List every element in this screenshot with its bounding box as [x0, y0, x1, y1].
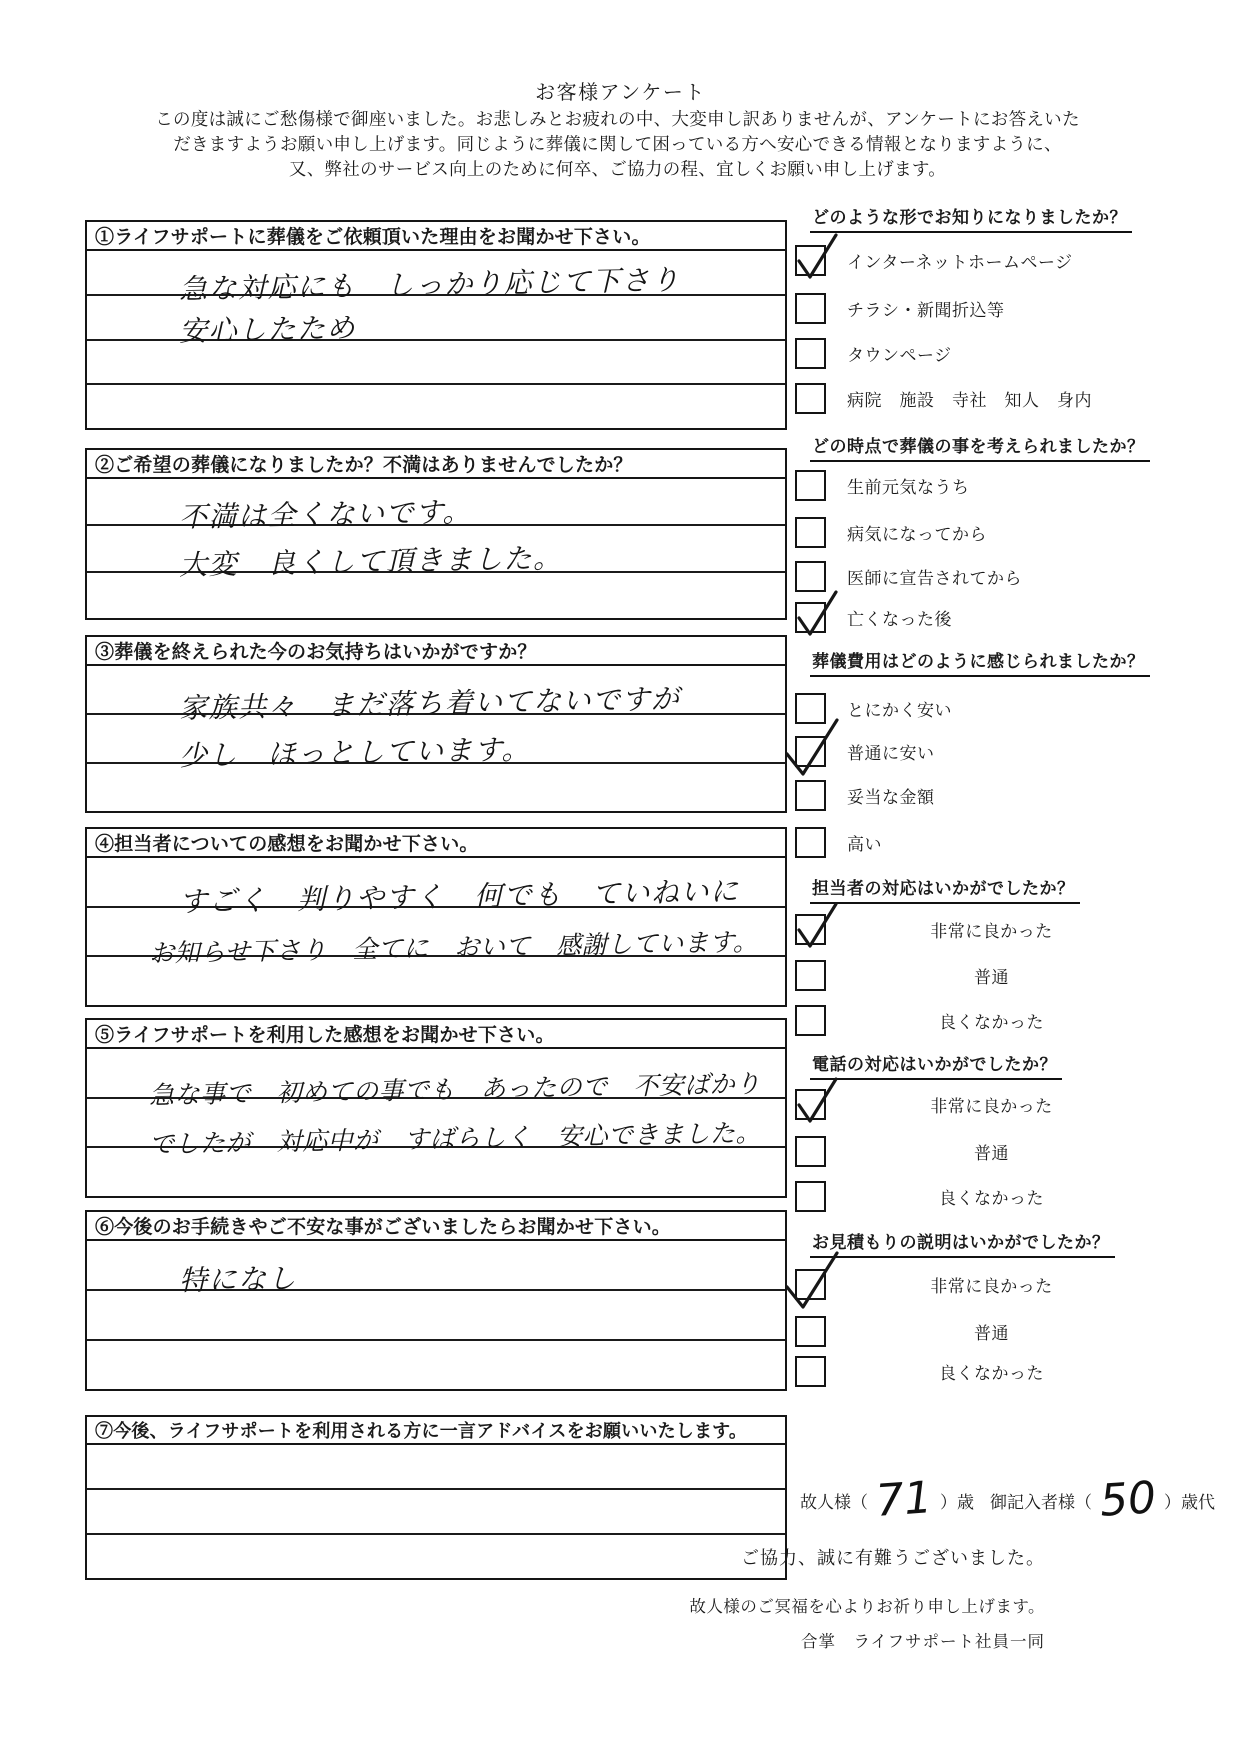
option-label: 生前元気なうち [847, 473, 970, 498]
option-label: 病院 施設 寺社 知人 身内 [847, 386, 1092, 411]
question-box-3: ③葬儀を終えられた今のお気持ちはいかがですか？ 家族共々 まだ落ち着いてないです… [85, 635, 787, 813]
option-label: とにかく安い [847, 696, 952, 721]
intro-line: 又、弊社のサービス向上のために何卒、ご協力の程、宜しくお願い申し上げます。 [0, 157, 1235, 182]
checkmark-icon [783, 712, 841, 778]
intro-line: だきますようお願い申し上げます。同じように葬儀に関して困っている方へ安心できる情… [0, 132, 1235, 157]
option-row: 病気になってから [795, 517, 1157, 548]
question-1-label: ①ライフサポートに葬儀をご依頼頂いた理由をお聞かせ下さい。 [87, 222, 785, 251]
option-label: 普通に安い [847, 739, 935, 764]
answer-line: 安心したため [87, 296, 785, 341]
answer-line [87, 385, 785, 428]
checkmark-icon [794, 225, 840, 283]
answer-line [87, 1291, 785, 1341]
section-title-cost-impression: 葬儀費用はどのように感じられましたか？ [810, 647, 1150, 677]
answer-line: 家族共々 まだ落ち着いてないですが [87, 666, 785, 715]
checkbox-icon [795, 383, 826, 414]
option-row: 非常に良かった [795, 1089, 1157, 1120]
checkbox-icon [795, 1136, 826, 1167]
checkmark-icon [783, 1245, 841, 1311]
question-box-7: ⑦今後、ライフサポートを利用される方に一言アドバイスをお願いいたします。 [85, 1415, 787, 1580]
option-label: 非常に良かった [826, 917, 1157, 942]
answer-line: 急な事で 初めての事でも あったので 不安ばかり [87, 1049, 785, 1099]
question-7-label: ⑦今後、ライフサポートを利用される方に一言アドバイスをお願いいたします。 [87, 1417, 785, 1445]
answer-line: 急な対応にも しっかり応じて下さり [87, 251, 785, 296]
answer-line [87, 764, 785, 811]
answer-line: 大変 良くして頂きました。 [87, 526, 785, 573]
writer-age-suffix: ）歳代 [1164, 1488, 1215, 1513]
option-label: 良くなかった [826, 1359, 1157, 1384]
checkbox-icon [795, 780, 826, 811]
question-box-2: ②ご希望の葬儀になりましたか？不満はありませんでしたか？ 不満は全くないです。 … [85, 448, 787, 620]
answer-line: お知らせ下さり 全てに おいて 感謝しています。 [87, 908, 785, 958]
checkbox-icon [795, 1316, 826, 1347]
option-label: 普通 [826, 1319, 1157, 1344]
option-row: 普通 [795, 1316, 1157, 1347]
option-row: 普通 [795, 1136, 1157, 1167]
answer-line: 不満は全くないです。 [87, 479, 785, 526]
question-2-label: ②ご希望の葬儀になりましたか？不満はありませんでしたか？ [87, 450, 785, 479]
option-row: 良くなかった [795, 1356, 1157, 1387]
answer-line [87, 341, 785, 386]
company-signoff: 合掌 ライフサポート社員一同 [801, 1628, 1045, 1652]
section-title-when-considered: どの時点で葬儀の事を考えられましたか？ [810, 432, 1150, 462]
option-label: 普通 [826, 963, 1157, 988]
question-box-6: ⑥今後のお手続きやご不安な事がございましたらお聞かせ下さい。 特になし [85, 1210, 787, 1391]
option-label: 病気になってから [847, 520, 987, 545]
option-label: 普通 [826, 1139, 1157, 1164]
option-row: 高い [795, 827, 1157, 858]
option-row: 普通 [795, 960, 1157, 991]
option-row: 亡くなった後 [795, 602, 1157, 633]
option-row: 非常に良かった [795, 1269, 1157, 1300]
age-line: 故人様（ 71 ）歳 御記入者様（ 50 ）歳代 [800, 1478, 1215, 1522]
option-row: 良くなかった [795, 1181, 1157, 1212]
section-title-phone-response: 電話の対応はいかがでしたか？ [810, 1050, 1062, 1080]
option-row: インターネットホームページ [795, 245, 1157, 276]
checkbox-icon [795, 517, 826, 548]
survey-scan-page: お客様アンケート この度は誠にご愁傷様で御座いました。お悲しみとお疲れの中、大変… [0, 0, 1241, 1755]
option-row: 良くなかった [795, 1005, 1157, 1036]
section-title-estimate-explanation: お見積もりの説明はいかがでしたか？ [810, 1228, 1115, 1258]
option-row: 非常に良かった [795, 914, 1157, 945]
option-label: インターネットホームページ [847, 248, 1073, 273]
checkbox-icon [795, 736, 826, 767]
question-6-label: ⑥今後のお手続きやご不安な事がございましたらお聞かせ下さい。 [87, 1212, 785, 1241]
checkbox-icon [795, 960, 826, 991]
option-row: 生前元気なうち [795, 470, 1157, 501]
writer-age-handwritten: 50 [1099, 1476, 1158, 1524]
answer-line [87, 1490, 785, 1535]
question-box-1: ①ライフサポートに葬儀をご依頼頂いた理由をお聞かせ下さい。 急な対応にも しっか… [85, 220, 787, 430]
writer-age-prefix: 御記入者様（ [990, 1488, 1092, 1513]
thanks-message: ご協力、誠に有難うございました。 [741, 1544, 1045, 1570]
deceased-age-prefix: 故人様（ [800, 1488, 868, 1513]
checkbox-icon [795, 1181, 826, 1212]
option-label: 良くなかった [826, 1184, 1157, 1209]
option-row: タウンページ [795, 338, 1157, 369]
section-title-how-found: どのような形でお知りになりましたか？ [810, 203, 1132, 233]
option-row: 普通に安い [795, 736, 1157, 767]
answer-line [87, 1535, 785, 1578]
checkbox-icon [795, 470, 826, 501]
question-box-5: ⑤ライフサポートを利用した感想をお聞かせ下さい。 急な事で 初めての事でも あっ… [85, 1018, 787, 1198]
option-label: 非常に良かった [826, 1272, 1157, 1297]
option-row: とにかく安い [795, 693, 1157, 724]
option-label: チラシ・新聞折込等 [847, 296, 1005, 321]
checkbox-icon [795, 602, 826, 633]
checkbox-icon [795, 914, 826, 945]
answer-line: でしたが 対応中が すばらしく 安心できました。 [87, 1099, 785, 1149]
question-5-label: ⑤ライフサポートを利用した感想をお聞かせ下さい。 [87, 1020, 785, 1049]
answer-line: すごく 判りやすく 何でも ていねいに [87, 858, 785, 908]
answer-line: 特になし [87, 1241, 785, 1291]
intro-line: この度は誠にご愁傷様で御座いました。お悲しみとお疲れの中、大変申し訳ありませんが… [0, 107, 1235, 132]
option-label: 妥当な金額 [847, 783, 935, 808]
condolence-message: 故人様のご冥福を心よりお祈り申し上げます。 [689, 1593, 1045, 1617]
checkbox-icon [795, 245, 826, 276]
option-row: 病院 施設 寺社 知人 身内 [795, 383, 1157, 414]
checkbox-icon [795, 1089, 826, 1120]
checkmark-icon [794, 1069, 840, 1127]
checkbox-icon [795, 338, 826, 369]
answer-line: 少し ほっとしています。 [87, 715, 785, 764]
form-title: お客様アンケート [0, 76, 1241, 105]
checkbox-icon [795, 1269, 826, 1300]
checkbox-icon [795, 1005, 826, 1036]
answer-line [87, 957, 785, 1005]
checkmark-icon [794, 894, 840, 952]
checkbox-icon [795, 827, 826, 858]
option-label: 高い [847, 830, 882, 855]
answer-line [87, 1445, 785, 1490]
question-4-label: ④担当者についての感想をお聞かせ下さい。 [87, 829, 785, 858]
question-3-label: ③葬儀を終えられた今のお気持ちはいかがですか？ [87, 637, 785, 666]
option-label: 医師に宣告されてから [847, 564, 1022, 589]
option-row: 医師に宣告されてから [795, 561, 1157, 592]
intro-paragraph: この度は誠にご愁傷様で御座いました。お悲しみとお疲れの中、大変申し訳ありませんが… [0, 107, 1235, 182]
answer-line [87, 573, 785, 618]
section-title-staff-response: 担当者の対応はいかがでしたか？ [810, 874, 1080, 904]
option-row: 妥当な金額 [795, 780, 1157, 811]
checkbox-icon [795, 1356, 826, 1387]
option-label: タウンページ [847, 341, 952, 366]
option-row: チラシ・新聞折込等 [795, 293, 1157, 324]
question-box-4: ④担当者についての感想をお聞かせ下さい。 すごく 判りやすく 何でも ていねいに… [85, 827, 787, 1007]
option-label: 非常に良かった [826, 1092, 1157, 1117]
deceased-age-handwritten: 71 [875, 1476, 934, 1524]
answer-line [87, 1148, 785, 1196]
answer-line [87, 1341, 785, 1389]
checkmark-icon [794, 582, 840, 640]
checkbox-icon [795, 293, 826, 324]
option-label: 良くなかった [826, 1008, 1157, 1033]
option-label: 亡くなった後 [847, 605, 952, 630]
deceased-age-suffix: ）歳 [940, 1488, 974, 1513]
